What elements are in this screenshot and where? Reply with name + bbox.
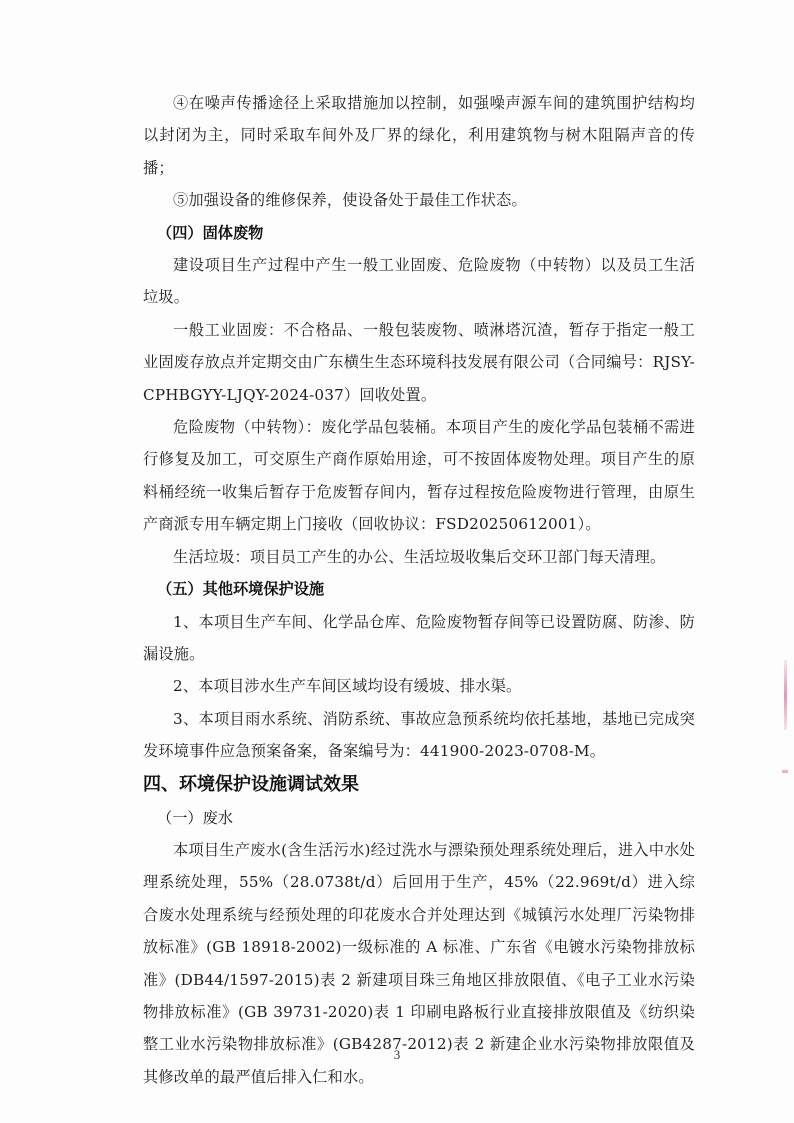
paragraph-drainage: 2、本项目涉水生产车间区域均设有缓坡、排水渠。 (143, 670, 695, 702)
heading-solid-waste: （四）固体废物 (143, 217, 695, 249)
heading-other-facilities: （五）其他环境保护设施 (143, 573, 695, 605)
page-number: 3 (0, 1047, 794, 1063)
document-page: ④在噪声传播途径上采取措施加以控制，如强噪声源车间的建筑围护结构均以封闭为主，同… (0, 0, 794, 1123)
seal-edge-mark (784, 660, 787, 730)
paragraph-emergency-plan: 3、本项目雨水系统、消防系统、事故应急预系统均依托基地，基地已完成突发环境事件应… (143, 703, 695, 768)
heading-section-4: 四、环境保护设施调试效果 (143, 768, 695, 802)
paragraph-noise-control-path: ④在噪声传播途径上采取措施加以控制，如强噪声源车间的建筑围护结构均以封闭为主，同… (143, 87, 695, 184)
paragraph-equipment-maintenance: ⑤加强设备的维修保养，使设备处于最佳工作状态。 (143, 184, 695, 216)
paragraph-anti-seepage: 1、本项目生产车间、化学品仓库、危险废物暂存间等已设置防腐、防渗、防漏设施。 (143, 606, 695, 671)
paragraph-general-industrial-waste: 一般工业固废：不合格品、一般包装废物、喷淋塔沉渣，暂存于指定一般工业固废存放点并… (143, 314, 695, 411)
paragraph-domestic-garbage: 生活垃圾：项目员工产生的办公、生活垃圾收集后交环卫部门每天清理。 (143, 541, 695, 573)
paragraph-hazardous-waste: 危险废物（中转物）：废化学品包装桶。本项目产生的废化学品包装桶不需进行修复及加工… (143, 411, 695, 541)
heading-wastewater: （一）废水 (143, 802, 695, 834)
paragraph-solid-waste-intro: 建设项目生产过程中产生一般工业固废、危险废物（中转物）以及员工生活垃圾。 (143, 249, 695, 314)
seal-edge-dot (782, 770, 788, 773)
page-body: ④在噪声传播途径上采取措施加以控制，如强噪声源车间的建筑围护结构均以封闭为主，同… (143, 87, 695, 1093)
